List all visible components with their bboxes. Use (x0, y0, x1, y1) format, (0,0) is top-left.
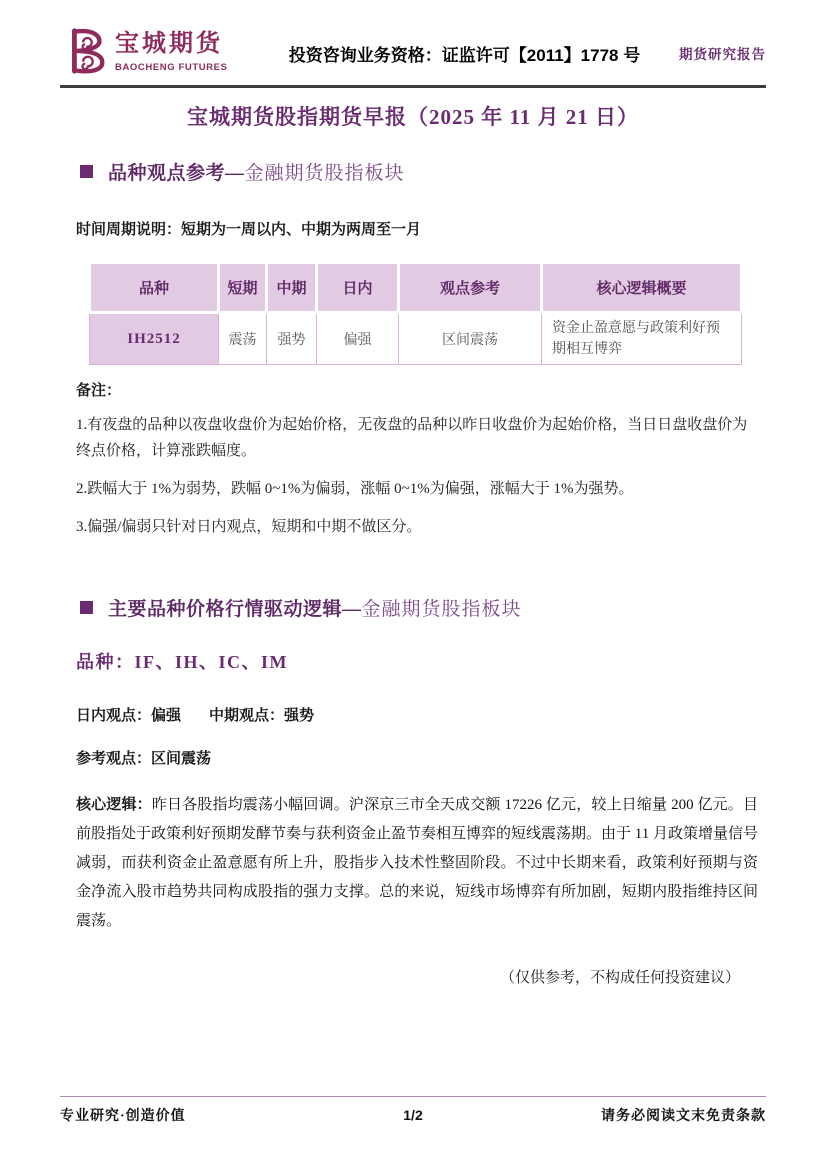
col-header-medium-term: 中期 (267, 263, 317, 313)
page-title: 宝城期货股指期货早报（2025 年 11 月 21 日） (60, 101, 766, 131)
footer-divider (60, 1096, 766, 1097)
note-item-3: 3.偏强/偏弱只针对日内观点，短期和中期不做区分。 (76, 514, 750, 540)
core-logic-paragraph: 核心逻辑：昨日各股指均震荡小幅回调。沪深京三市全天成交额 17226 亿元，较上… (76, 790, 758, 936)
cell-short-term: 震荡 (219, 313, 267, 365)
company-logo: 宝城期货 BAOCHENG FUTURES (60, 25, 250, 82)
section-heading-viewpoint: 品种观点参考— 金融期货股指板块 (80, 158, 766, 185)
section-heading-light: 金融期货股指板块 (245, 158, 405, 185)
square-bullet-icon (80, 601, 93, 614)
page-number: 1/2 (403, 1107, 422, 1123)
cell-variety: IH2512 (90, 313, 219, 365)
cell-viewpoint: 区间震荡 (399, 313, 542, 365)
qualification-text: 投资咨询业务资格：证监许可【2011】1778 号 (250, 41, 679, 66)
viewpoint-table: 品种 短期 中期 日内 观点参考 核心逻辑概要 IH2512 震荡 强势 偏强 … (88, 261, 743, 365)
page-footer: 专业研究·创造价值 1/2 请务必阅读文末免责条款 (60, 1096, 766, 1125)
opinion-line: 日内观点：偏强中期观点：强势 (76, 704, 766, 725)
square-bullet-icon (80, 165, 93, 178)
report-type-label: 期货研究报告 (679, 43, 766, 63)
cell-intraday: 偏强 (317, 313, 399, 365)
notes-label: 备注： (76, 379, 766, 400)
col-header-variety: 品种 (90, 263, 219, 313)
period-note: 时间周期说明：短期为一周以内、中期为两周至一月 (76, 218, 766, 239)
intraday-opinion: 日内观点：偏强 (76, 707, 181, 724)
footer-disclaimer-note: 请务必阅读文末免责条款 (423, 1105, 766, 1125)
cell-medium-term: 强势 (267, 313, 317, 365)
core-logic-text: 昨日各股指均震荡小幅回调。沪深京三市全天成交额 17226 亿元，较上日缩量 2… (76, 797, 758, 929)
table-row: IH2512 震荡 强势 偏强 区间震荡 资金止盈意愿与政策利好预期相互博弈 (90, 313, 742, 365)
disclaimer-text: （仅供参考，不构成任何投资建议） (60, 966, 740, 987)
reference-opinion: 参考观点：区间震荡 (76, 747, 766, 768)
notes-list: 1.有夜盘的品种以夜盘收盘价为起始价格，无夜盘的品种以昨日收盘价为起始价格，当日… (76, 412, 750, 540)
section-heading-bold: 品种观点参考— (108, 158, 245, 185)
section-heading-driving-logic: 主要品种价格行情驱动逻辑— 金融期货股指板块 (80, 594, 766, 621)
baocheng-b-icon (60, 25, 110, 82)
note-item-1: 1.有夜盘的品种以夜盘收盘价为起始价格，无夜盘的品种以昨日收盘价为起始价格，当日… (76, 412, 750, 464)
medium-opinion: 中期观点：强势 (209, 707, 314, 724)
col-header-core-logic: 核心逻辑概要 (542, 263, 742, 313)
note-item-2: 2.跌幅大于 1%为弱势，跌幅 0~1%为偏弱，涨幅 0~1%为偏强，涨幅大于 … (76, 476, 750, 502)
report-header: 宝城期货 BAOCHENG FUTURES 投资咨询业务资格：证监许可【2011… (60, 24, 766, 82)
header-divider (60, 85, 766, 88)
logo-company-name: 宝城期货 (115, 31, 223, 57)
report-page: 宝城期货 BAOCHENG FUTURES 投资咨询业务资格：证监许可【2011… (0, 0, 826, 1169)
col-header-viewpoint: 观点参考 (399, 263, 542, 313)
col-header-short-term: 短期 (219, 263, 267, 313)
section-heading-bold: 主要品种价格行情驱动逻辑— (108, 594, 362, 621)
core-logic-label: 核心逻辑： (76, 796, 152, 813)
col-header-intraday: 日内 (317, 263, 399, 313)
variety-line: 品种：IF、IH、IC、IM (76, 648, 766, 674)
section-heading-light: 金融期货股指板块 (362, 594, 522, 621)
footer-slogan: 专业研究·创造价值 (60, 1105, 403, 1125)
cell-core-logic: 资金止盈意愿与政策利好预期相互博弈 (542, 313, 742, 365)
table-header-row: 品种 短期 中期 日内 观点参考 核心逻辑概要 (90, 263, 742, 313)
logo-company-name-en: BAOCHENG FUTURES (115, 62, 228, 73)
